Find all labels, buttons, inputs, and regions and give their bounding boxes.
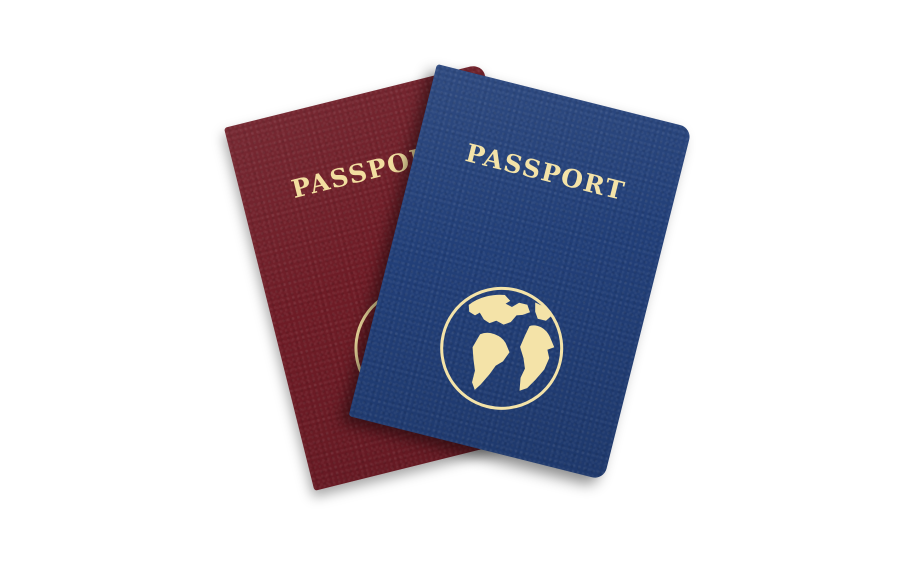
passports-scene: PASSPORT PASSPORT (0, 0, 900, 561)
blue-passport-title: PASSPORT (414, 126, 676, 218)
globe-icon (424, 271, 579, 426)
